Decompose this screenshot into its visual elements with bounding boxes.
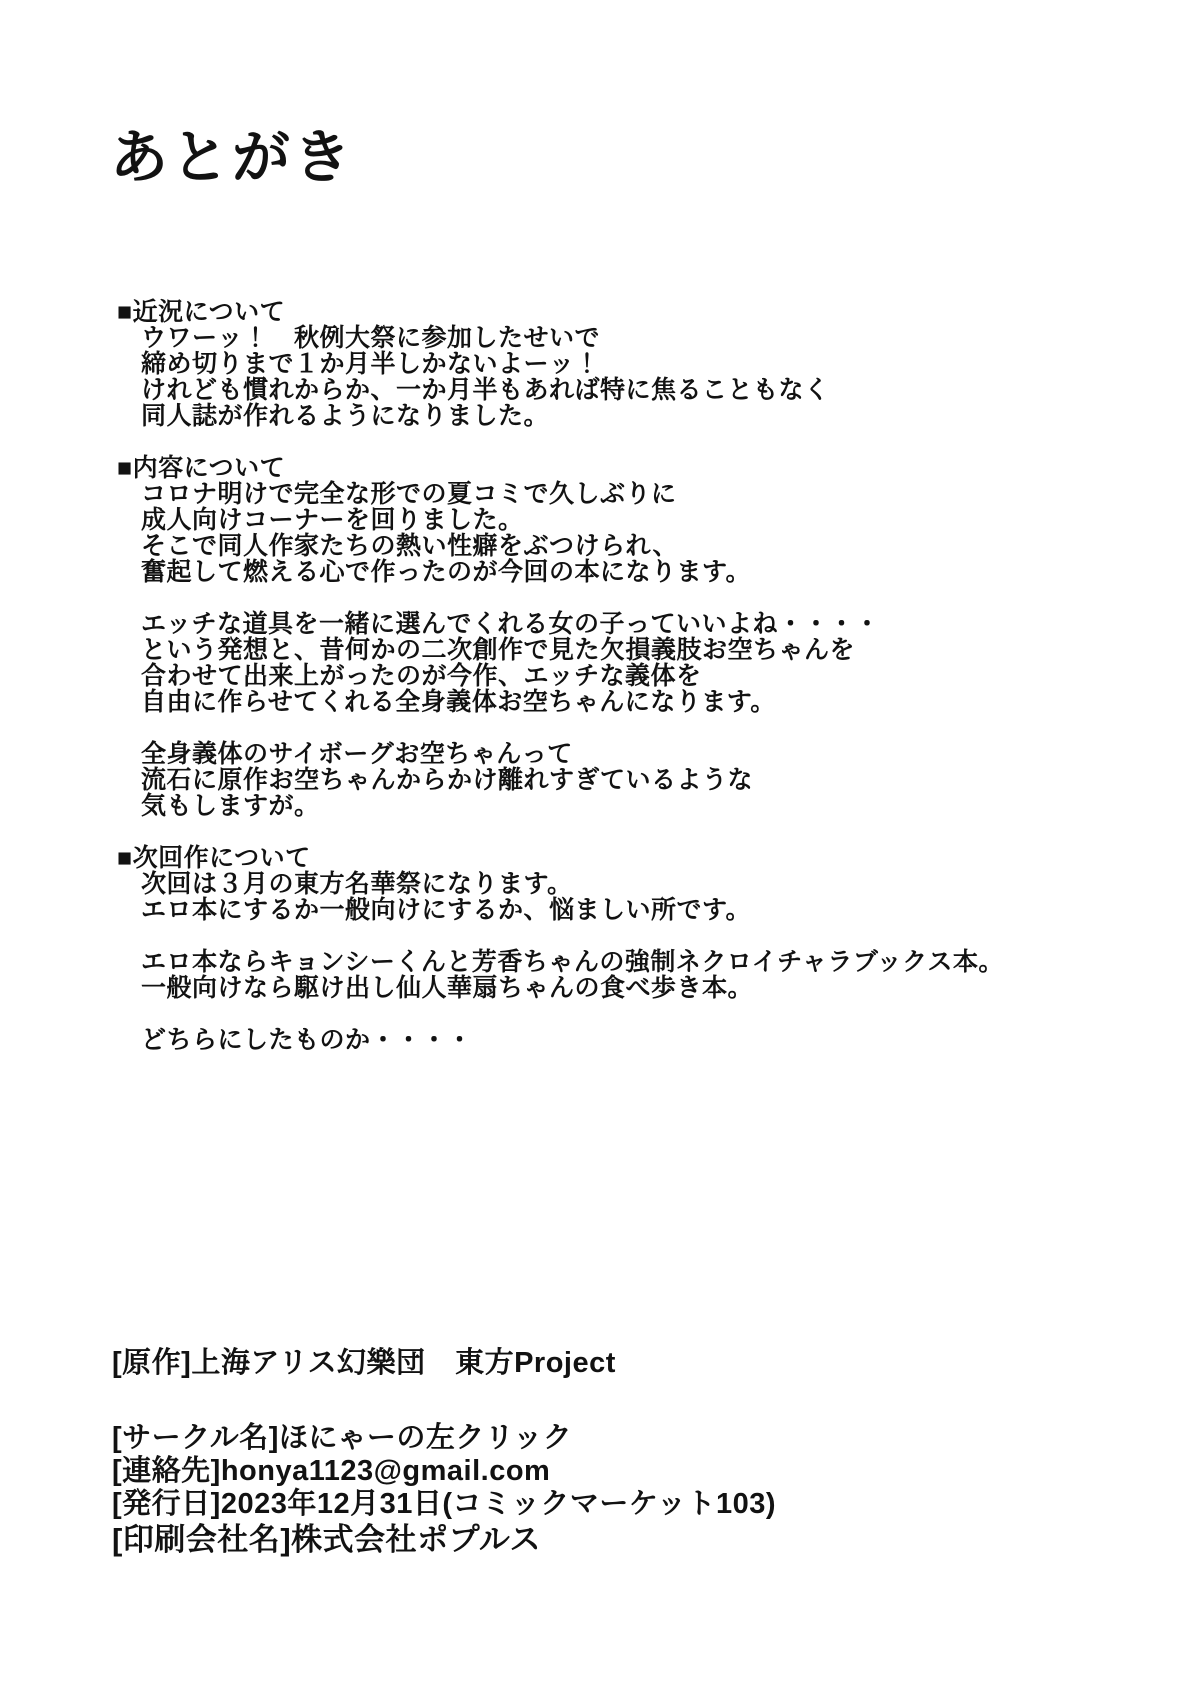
text-line: 同人誌が作れるようになりました。 bbox=[117, 403, 1004, 429]
text-line: 奮起して燃える心で作ったのが今回の本になります。 bbox=[117, 559, 1004, 585]
section-heading: ■内容について bbox=[117, 455, 1004, 481]
afterword-page: あとがき ■近況について ウワーッ！ 秋例大祭に参加したせいで 締め切りまで１か… bbox=[0, 0, 1200, 1694]
text-line: 成人向けコーナーを回りました。 bbox=[117, 507, 1004, 533]
text-line: 流石に原作お空ちゃんからかけ離れすぎているような bbox=[117, 767, 1004, 793]
paragraph: エッチな道具を一緒に選んでくれる女の子っていいよね・・・・ という発想と、昔何か… bbox=[117, 611, 1004, 715]
text-line: 自由に作らせてくれる全身義体お空ちゃんになります。 bbox=[117, 689, 1004, 715]
text-line: そこで同人作家たちの熱い性癖をぶつけられ、 bbox=[117, 533, 1004, 559]
section-bullet-icon: ■ bbox=[117, 454, 133, 482]
paragraph: エロ本ならキョンシーくんと芳香ちゃんの強制ネクロイチャラブックス本。 一般向けな… bbox=[117, 949, 1004, 1001]
text-line: 合わせて出来上がったのが今作、エッチな義体を bbox=[117, 663, 1004, 689]
text-line: 気もしますが。 bbox=[117, 793, 1004, 819]
colophon-publish-date: [発行日]2023年12月31日(コミックマーケット103) bbox=[112, 1488, 776, 1521]
page-title: あとがき bbox=[110, 118, 354, 198]
colophon-printing-company: [印刷会社名]株式会社ポプルス bbox=[112, 1521, 776, 1559]
text-line: ウワーッ！ 秋例大祭に参加したせいで bbox=[117, 325, 1004, 351]
colophon-original-work: [原作]上海アリス幻樂団 東方Project bbox=[112, 1347, 776, 1380]
text-line: エッチな道具を一緒に選んでくれる女の子っていいよね・・・・ bbox=[117, 611, 1004, 637]
colophon-contact-email: [連絡先]honya1123@gmail.com bbox=[112, 1455, 776, 1488]
text-line: 次回は３月の東方名華祭になります。 bbox=[117, 871, 1004, 897]
section-bullet-icon: ■ bbox=[117, 298, 133, 326]
paragraph: 次回は３月の東方名華祭になります。 エロ本にするか一般向けにするか、悩ましい所で… bbox=[117, 871, 1004, 923]
section-heading-text: 次回作について bbox=[133, 844, 311, 872]
paragraph: コロナ明けで完全な形での夏コミで久しぶりに 成人向けコーナーを回りました。 そこ… bbox=[117, 481, 1004, 585]
section-recent-status: ■近況について ウワーッ！ 秋例大祭に参加したせいで 締め切りまで１か月半しかな… bbox=[117, 299, 1004, 429]
paragraph: 全身義体のサイボーグお空ちゃんって 流石に原作お空ちゃんからかけ離れすぎているよ… bbox=[117, 741, 1004, 819]
text-line: どちらにしたものか・・・・ bbox=[117, 1027, 1004, 1053]
text-line: という発想と、昔何かの二次創作で見た欠損義肢お空ちゃんを bbox=[117, 637, 1004, 663]
section-contents: ■内容について コロナ明けで完全な形での夏コミで久しぶりに 成人向けコーナーを回… bbox=[117, 455, 1004, 819]
paragraph: どちらにしたものか・・・・ bbox=[117, 1027, 1004, 1053]
text-line: エロ本ならキョンシーくんと芳香ちゃんの強制ネクロイチャラブックス本。 bbox=[117, 949, 1004, 975]
colophon-circle-name: [サークル名]ほにゃーの左クリック bbox=[112, 1422, 776, 1455]
text-line: エロ本にするか一般向けにするか、悩ましい所です。 bbox=[117, 897, 1004, 923]
afterword-body: ■近況について ウワーッ！ 秋例大祭に参加したせいで 締め切りまで１か月半しかな… bbox=[117, 299, 1004, 1053]
section-heading: ■次回作について bbox=[117, 845, 1004, 871]
colophon: [原作]上海アリス幻樂団 東方Project [サークル名]ほにゃーの左クリック… bbox=[112, 1347, 776, 1559]
text-line: 全身義体のサイボーグお空ちゃんって bbox=[117, 741, 1004, 767]
paragraph: ウワーッ！ 秋例大祭に参加したせいで 締め切りまで１か月半しかないよーッ！ けれ… bbox=[117, 325, 1004, 429]
section-heading-text: 近況について bbox=[133, 298, 286, 326]
text-line: コロナ明けで完全な形での夏コミで久しぶりに bbox=[117, 481, 1004, 507]
text-line: 一般向けなら駆け出し仙人華扇ちゃんの食べ歩き本。 bbox=[117, 975, 1004, 1001]
section-heading: ■近況について bbox=[117, 299, 1004, 325]
section-bullet-icon: ■ bbox=[117, 844, 133, 872]
text-line: けれども慣れからか、一か月半もあれば特に焦ることもなく bbox=[117, 377, 1004, 403]
text-line: 締め切りまで１か月半しかないよーッ！ bbox=[117, 351, 1004, 377]
section-heading-text: 内容について bbox=[133, 454, 286, 482]
section-next-work: ■次回作について 次回は３月の東方名華祭になります。 エロ本にするか一般向けにす… bbox=[117, 845, 1004, 1053]
